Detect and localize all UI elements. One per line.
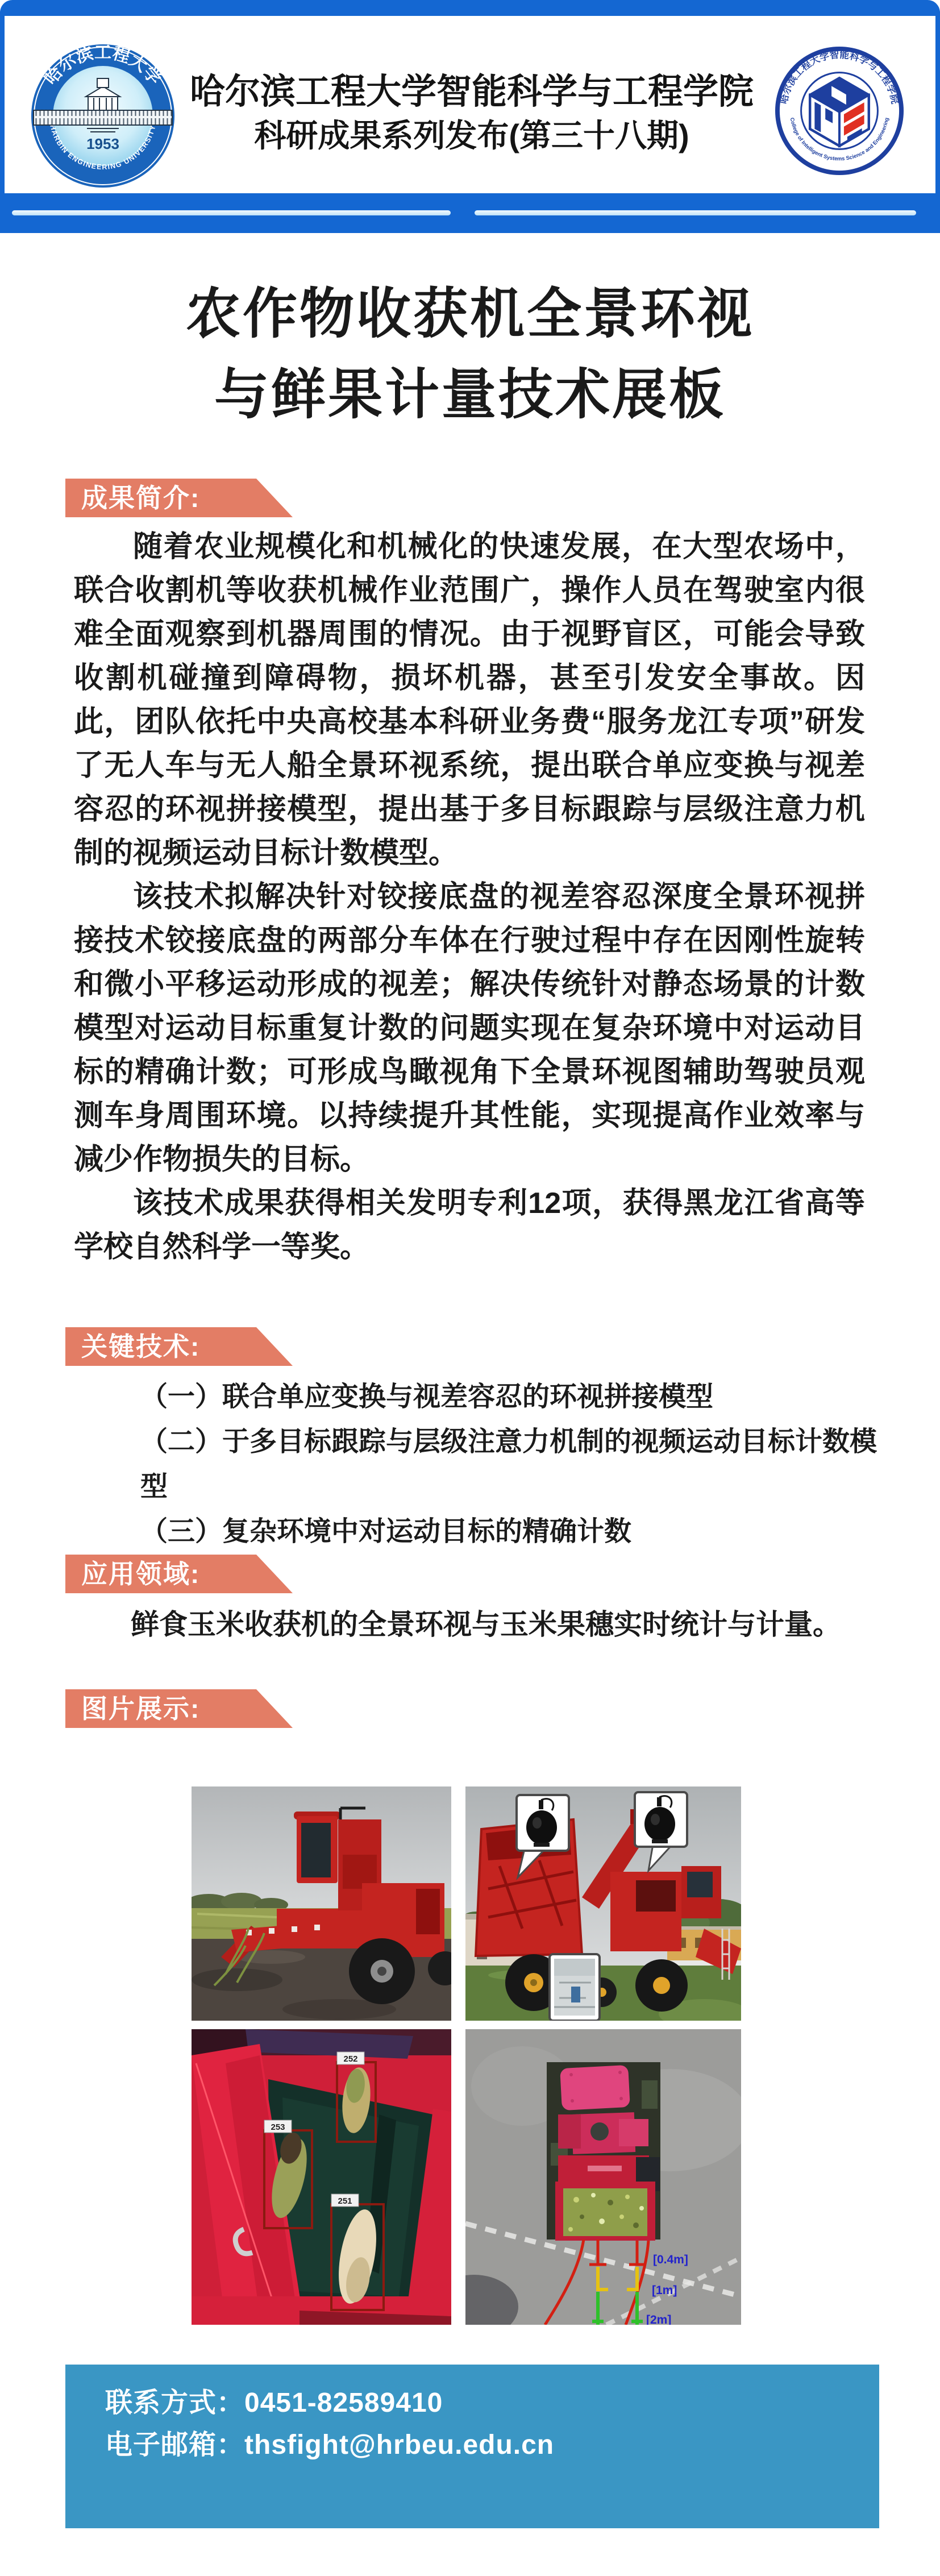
fisheye-camera-icon [644, 1807, 675, 1841]
main-title-line1: 农作物收获机全景环视 [0, 274, 940, 355]
header-title-line1: 哈尔滨工程大学智能科学与工程学院 [170, 67, 773, 118]
distance-label: [2m] [646, 2313, 671, 2325]
section-label-intro: 成果简介: [65, 479, 293, 517]
contact-phone-line: 联系方式：0451-82589410 [105, 2386, 443, 2420]
contact-email-line: 电子邮箱：thsfight@hrbeu.edu.cn [105, 2428, 554, 2462]
header-divider-band [0, 193, 940, 233]
harvester-topdown [547, 2062, 660, 2241]
intro-paragraph-2: 该技术拟解决针对铰接底盘的视差容忍深度全景环视拼接技术铰接底盘的两部分车体在行驶… [74, 875, 865, 1182]
photo-birdseye-view: [0.4m] [1m] [2m] [465, 2029, 741, 2325]
section-label-keytech: 关键技术: [65, 1327, 293, 1366]
phone-label: 联系方式： [105, 2388, 244, 2418]
poster-main-title: 农作物收获机全景环视 与鲜果计量技术展板 [0, 274, 940, 435]
photo-harvester-cameras [465, 1786, 741, 2021]
application-text: 鲜食玉米收获机的全景环视与玉米果穗实时统计与计量。 [74, 1603, 865, 1646]
detection-label: 253 [271, 2122, 285, 2132]
email-label: 电子邮箱： [105, 2430, 244, 2460]
heu-university-logo: 哈尔滨工程大学 HARBIN ENGINEERING UNIVERSITY 19… [30, 43, 176, 189]
cabinet-callout [550, 1954, 600, 2021]
isse-college-logo: ISSE 哈尔滨工程大学智能科学与工程学院 College of Intelli… [774, 45, 905, 176]
detection-label: 251 [338, 2196, 352, 2206]
divider-line-right [475, 210, 916, 215]
section-label-gallery: 图片展示: [65, 1689, 293, 1728]
email-address: thsfight@hrbeu.edu.cn [244, 2430, 554, 2460]
main-title-line2: 与鲜果计量技术展板 [0, 355, 940, 435]
header-title-line2: 科研成果系列发布(第三十八期) [170, 113, 773, 159]
heu-logo-year: 1953 [86, 135, 119, 152]
divider-line-left [12, 210, 451, 215]
keytech-list: （一）联合单应变换与视差容忍的环视拼接模型 （二）于多目标跟踪与层级注意力机制的… [140, 1374, 896, 1554]
intro-paragraph-1: 随着农业规模化和机械化的快速发展，在大型农场中，联合收割机等收获机械作业范围广，… [74, 525, 865, 875]
contact-box: 联系方式：0451-82589410 电子邮箱：thsfight@hrbeu.e… [65, 2365, 879, 2528]
header-top-bar [0, 0, 940, 16]
keytech-item-1: （一）联合单应变换与视差容忍的环视拼接模型 [140, 1374, 896, 1419]
keytech-item-3: （三）复杂环境中对运动目标的精确计数 [140, 1509, 896, 1554]
section-label-application: 应用领域: [65, 1555, 293, 1593]
distance-label: [0.4m] [653, 2253, 688, 2266]
poster: 哈尔滨工程大学 HARBIN ENGINEERING UNIVERSITY 19… [0, 0, 940, 2576]
detection-label: 252 [343, 2054, 357, 2064]
distance-label: [1m] [652, 2284, 677, 2297]
phone-number: 0451-82589410 [244, 2388, 443, 2418]
photo-corn-detection: 252 253 251 [192, 2029, 451, 2325]
intro-body: 随着农业规模化和机械化的快速发展，在大型农场中，联合收割机等收获机械作业范围广，… [74, 525, 865, 1269]
photo-harvester-field [192, 1786, 451, 2021]
fisheye-camera-icon [526, 1810, 557, 1844]
keytech-item-2: （二）于多目标跟踪与层级注意力机制的视频运动目标计数模型 [140, 1419, 896, 1509]
intro-paragraph-3: 该技术成果获得相关发明专利12项，获得黑龙江省高等学校自然科学一等奖。 [74, 1182, 865, 1269]
